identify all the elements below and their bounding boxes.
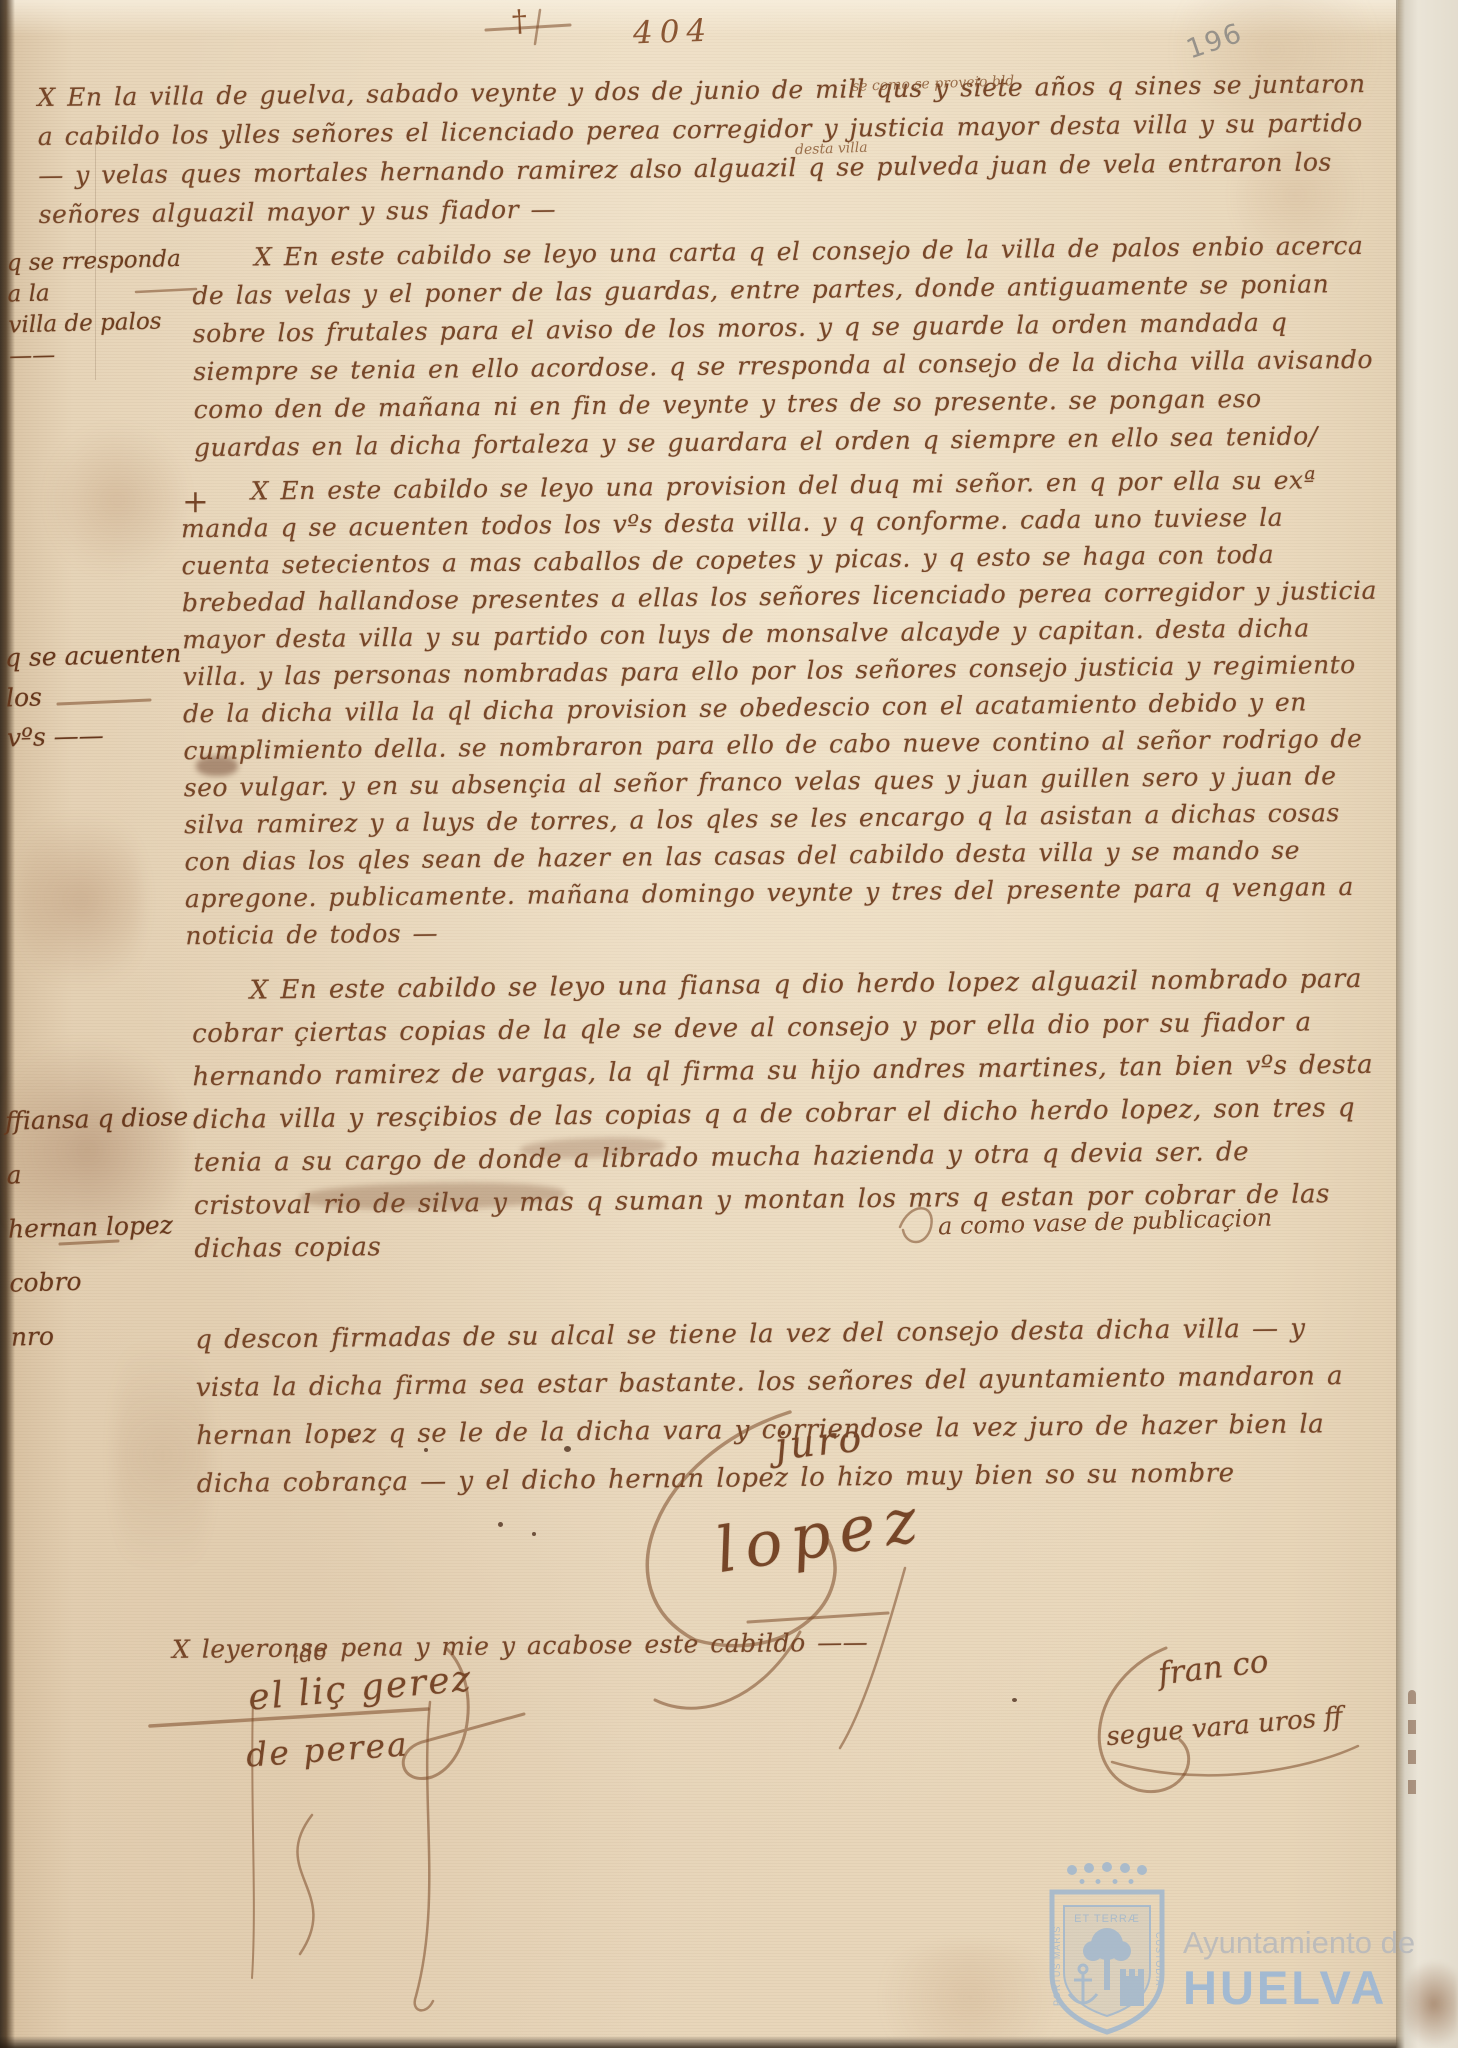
motto-right: CUSTODIA [1154, 1932, 1164, 1986]
crown-icon [1067, 1862, 1147, 1887]
ink-stain [18, 795, 143, 1005]
folio-number: 404 [632, 13, 713, 52]
signature-left-abbrev: ldo [290, 1640, 328, 1670]
margin-note-line: q se acuenten los [4, 634, 186, 719]
interlinear-note: desta villa [795, 140, 868, 159]
manuscript-paragraph-provision: X En este cabildo se leyo una provision … [181, 461, 1382, 954]
motto-top: ET TERRÆ [1074, 1913, 1140, 1925]
manuscript-paragraph-carta-palos: X En este cabildo se leyo una carta q el… [192, 227, 1376, 467]
margin-note-vecinos: q se acuenten los vºs —— [4, 634, 187, 759]
ink-spot [498, 1522, 503, 1527]
margin-note-line: vºs —— [7, 714, 188, 759]
huelva-logo-org-text: Ayuntamiento de [1183, 1925, 1415, 1961]
closing-line: X leyeronse pena y mie y acabose este ca… [172, 1623, 912, 1669]
margin-plus-mark: + [182, 482, 209, 520]
signature-right-line2: segue vara uros ff [1105, 1702, 1344, 1753]
signature-right-name: fran co [1156, 1643, 1270, 1692]
paper-right-deckle-edge [1396, 0, 1458, 2048]
margin-note-line: q se rresponda a la [6, 244, 198, 311]
tower-icon [1120, 1969, 1144, 2006]
manuscript-paragraph-vara: q descon firmadas de su alcal se tiene l… [195, 1304, 1373, 1508]
right-edge-tear-marks [1408, 1690, 1416, 1800]
huelva-coat-of-arms: ET TERRÆ PORTUS MARIS CUSTODIA [1030, 1862, 1184, 2044]
margin-note-line: villa de palos —— [8, 306, 200, 373]
paper-bottom-edge [0, 2036, 1458, 2048]
ink-spot [532, 1532, 536, 1536]
huelva-logo-city-text: HUELVA [1183, 1960, 1387, 2015]
ink-spot [1012, 1698, 1017, 1702]
header-cross-mark: † [511, 4, 528, 40]
manuscript-paragraph-opening: X En la villa de guelva, sabado veynte y… [37, 64, 1377, 234]
margin-note-palos: q se rresponda a la villa de palos —— [6, 244, 199, 373]
margin-note-line: hernan lopez cobro [7, 1197, 210, 1310]
margin-note-line: ffiansa q diose a [5, 1089, 208, 1202]
margin-note-fianza: ffiansa q diose a hernan lopez cobro nro [5, 1089, 212, 1364]
signature-center-word: juro [773, 1415, 866, 1468]
ink-stain [50, 415, 185, 585]
margin-note-line: nro [10, 1305, 211, 1364]
right-corner-blotch [1398, 1960, 1458, 2048]
motto-left: PORTUS MARIS [1052, 1926, 1062, 2006]
signature-left-surname: de perea [245, 1724, 410, 1774]
manuscript-scan-page: † 404 196 q se rresponda a la villa de p… [0, 0, 1458, 2048]
